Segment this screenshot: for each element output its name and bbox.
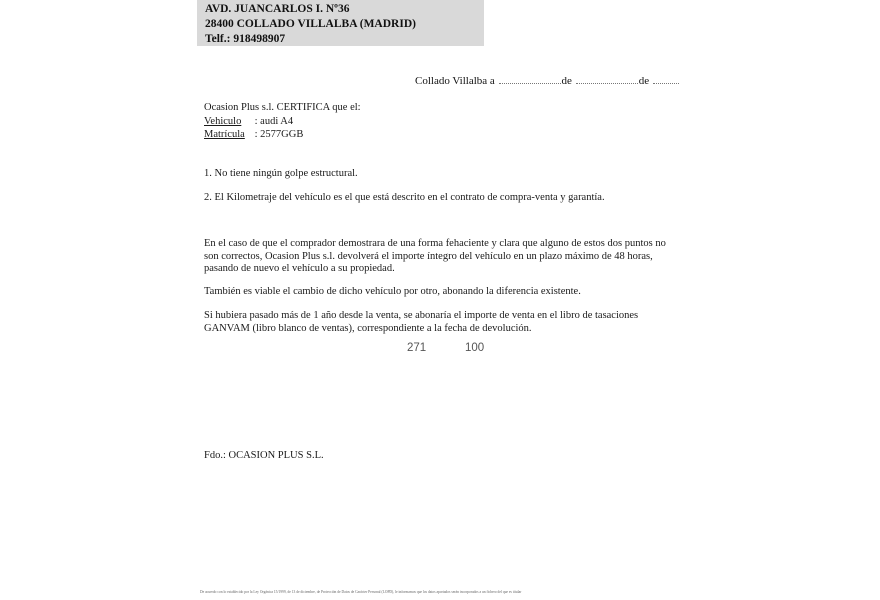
company-phone: Telf.: 918498907: [205, 32, 285, 46]
overlay-number-2: 100: [465, 342, 484, 354]
vehicle-value: : audi A4: [255, 116, 294, 127]
plate-row: Matrícula : 2577GGB: [204, 129, 303, 142]
paragraph-refund: En el caso de que el comprador demostrar…: [204, 238, 674, 276]
privacy-footer-note: De acuerdo con lo establecido por la Ley…: [200, 590, 675, 595]
year-blank: [653, 75, 679, 84]
point-1: 1. No tiene ningún golpe estructural.: [204, 168, 358, 181]
vehicle-label: Vehiculo: [204, 116, 252, 129]
point-2: 2. El Kilometraje del vehículo es el que…: [204, 192, 605, 205]
paragraph-ganvam: Si hubiera pasado más de 1 año desde la …: [204, 310, 674, 335]
date-de-1: de: [562, 75, 572, 87]
company-header-box: AVD. JUANCARLOS I. Nº36 28400 COLLADO VI…: [197, 0, 484, 46]
plate-value: : 2577GGB: [255, 129, 304, 140]
month-blank: [576, 75, 638, 84]
signature: Fdo.: OCASION PLUS S.L.: [204, 450, 324, 463]
date-place: Collado Villalba a: [415, 75, 495, 87]
date-line: Collado Villalba a de de: [415, 75, 680, 87]
company-city: 28400 COLLADO VILLALBA (MADRID): [205, 17, 416, 31]
company-address: AVD. JUANCARLOS I. Nº36: [205, 2, 349, 16]
certificate-document: AVD. JUANCARLOS I. Nº36 28400 COLLADO VI…: [0, 0, 880, 600]
plate-label: Matrícula: [204, 129, 252, 142]
date-de-2: de: [639, 75, 649, 87]
paragraph-exchange: También es viable el cambio de dicho veh…: [204, 286, 581, 299]
vehicle-row: Vehiculo : audi A4: [204, 116, 293, 129]
day-blank: [499, 75, 561, 84]
certifica-intro: Ocasion Plus s.l. CERTIFICA que el:: [204, 102, 361, 115]
overlay-number-1: 271: [407, 342, 426, 354]
